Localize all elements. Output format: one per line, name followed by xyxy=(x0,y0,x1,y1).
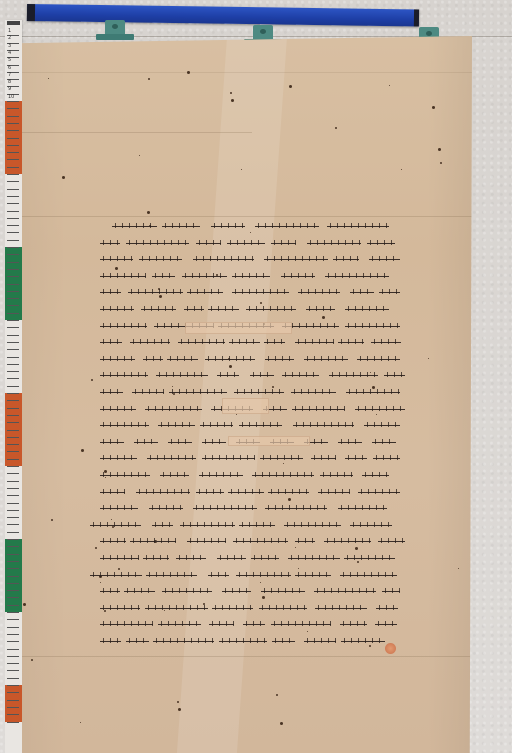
tape-tick xyxy=(7,386,19,387)
tape-tick xyxy=(7,349,19,350)
manuscript-line xyxy=(100,587,400,596)
paper-header-ruled-line xyxy=(22,72,472,73)
tape-tick xyxy=(7,685,19,686)
tape-end-cap xyxy=(7,21,20,25)
manuscript-line xyxy=(100,488,405,497)
tape-tick xyxy=(7,481,19,482)
paper-speck xyxy=(401,169,402,170)
tape-tick xyxy=(7,320,19,321)
tape-tick xyxy=(7,240,19,241)
tape-tick xyxy=(7,152,19,153)
paper-speck xyxy=(355,547,358,550)
paper-speck xyxy=(260,582,261,583)
tape-tick xyxy=(7,670,19,671)
tape-tick xyxy=(7,451,19,452)
manuscript-line xyxy=(100,371,405,380)
tape-tick xyxy=(7,561,19,562)
paper-speck xyxy=(335,127,337,129)
manuscript-line xyxy=(100,604,400,613)
tape-tick xyxy=(7,174,19,175)
tape-tick xyxy=(7,495,19,496)
paper-speck xyxy=(295,547,296,548)
tape-tick xyxy=(7,678,19,679)
manuscript-line xyxy=(100,471,400,480)
tape-tick xyxy=(7,473,19,474)
manuscript-line xyxy=(100,537,405,546)
left-measuring-tape: 12345678910 xyxy=(5,20,22,753)
paper-speck xyxy=(81,449,84,452)
tape-tick xyxy=(7,123,19,124)
paper-speck xyxy=(458,568,459,569)
paper-speck xyxy=(148,78,150,80)
tape-tick xyxy=(7,503,19,504)
tape-tick xyxy=(7,269,19,270)
tape-tick xyxy=(7,649,19,650)
tape-number: 9 xyxy=(8,87,11,92)
paper-speck xyxy=(432,106,435,109)
tape-tick xyxy=(7,437,19,438)
tape-tick xyxy=(7,459,19,460)
paper-speck xyxy=(178,708,181,711)
tape-tick xyxy=(7,284,19,285)
tape-tick xyxy=(7,546,19,547)
manuscript-line xyxy=(90,571,402,580)
paper-speck xyxy=(91,379,93,381)
tape-number: 10 xyxy=(8,95,14,100)
tape-tick xyxy=(7,700,19,701)
tape-tick xyxy=(7,554,19,555)
manuscript-line xyxy=(100,255,400,264)
paper-speck xyxy=(51,519,53,521)
manuscript-line xyxy=(112,222,397,231)
tape-tick xyxy=(7,276,19,277)
tape-tick xyxy=(7,692,19,693)
tape-tick xyxy=(7,393,19,394)
tape-tick xyxy=(7,138,19,139)
tape-tick xyxy=(7,605,19,606)
tape-tick xyxy=(7,211,19,212)
tape-tick xyxy=(7,532,19,533)
paper-speck xyxy=(298,568,299,569)
tape-tick xyxy=(7,517,19,518)
paper-speck xyxy=(139,155,140,156)
paper-speck xyxy=(31,659,33,661)
tape-tick xyxy=(7,247,19,248)
tape-tick xyxy=(7,627,19,628)
tape-tick xyxy=(7,371,19,372)
paper-speck xyxy=(187,71,190,74)
paper-speck xyxy=(48,78,49,79)
paper-speck xyxy=(438,148,441,151)
tape-tick xyxy=(7,488,19,489)
correction-patch xyxy=(185,322,292,334)
tape-tick xyxy=(7,108,19,109)
tape-tick xyxy=(7,590,19,591)
tape-tick xyxy=(7,415,19,416)
tape-tick xyxy=(7,422,19,423)
tape-tick xyxy=(7,232,19,233)
tape-tick xyxy=(7,619,19,620)
tape-tick xyxy=(7,510,19,511)
correction-patch xyxy=(228,436,310,446)
paper-speck xyxy=(250,232,251,233)
tape-tick xyxy=(7,714,19,715)
paper-speck xyxy=(289,85,292,88)
paper-speck xyxy=(440,162,442,164)
paper-speck xyxy=(80,722,81,723)
paper-speck xyxy=(177,701,179,703)
tape-tick xyxy=(7,378,19,379)
tape-number: 1 xyxy=(8,29,11,34)
tape-tick xyxy=(7,634,19,635)
tape-tick xyxy=(7,663,19,664)
tape-tick xyxy=(7,335,19,336)
paper-speck xyxy=(230,92,232,94)
tape-tick xyxy=(7,167,19,168)
paper-speck xyxy=(276,694,278,696)
manuscript-line xyxy=(100,554,400,563)
tape-tick xyxy=(7,262,19,263)
paper-speck xyxy=(260,302,262,304)
tape-number: 7 xyxy=(8,73,11,78)
paper-speck xyxy=(280,722,283,725)
manuscript-line xyxy=(100,620,400,629)
tape-tick xyxy=(7,254,19,255)
tape-number: 4 xyxy=(8,51,11,56)
tape-tick xyxy=(7,189,19,190)
correction-patch xyxy=(222,398,269,414)
paper-crease xyxy=(22,656,472,657)
paper-speck xyxy=(100,582,101,583)
tape-number: 5 xyxy=(8,58,11,63)
paper-speck xyxy=(262,596,265,599)
paper-speck xyxy=(307,631,308,632)
paper-speck xyxy=(115,267,118,270)
paper-speck xyxy=(231,99,234,102)
tape-tick xyxy=(7,524,19,525)
paper-crease xyxy=(22,132,252,133)
paper-speck xyxy=(95,547,97,549)
paper-speck xyxy=(389,85,390,86)
manuscript-line xyxy=(100,355,400,364)
tape-tick xyxy=(7,722,19,723)
tape-tick xyxy=(7,181,19,182)
tape-tick xyxy=(7,327,19,328)
tape-tick xyxy=(7,430,19,431)
tape-tick xyxy=(7,612,19,613)
tape-tick xyxy=(7,444,19,445)
manuscript-line xyxy=(100,637,385,646)
tape-tick xyxy=(7,203,19,204)
tape-tick xyxy=(7,145,19,146)
manuscript-line xyxy=(100,239,405,248)
manuscript-line xyxy=(100,272,405,281)
tape-tick xyxy=(7,225,19,226)
tape-tick xyxy=(7,400,19,401)
paper-speck xyxy=(236,414,237,415)
red-seal xyxy=(385,643,396,654)
manuscript-line xyxy=(100,454,400,463)
tape-tick xyxy=(7,568,19,569)
tape-tick xyxy=(7,313,19,314)
paper-crease xyxy=(22,216,472,217)
manuscript-line xyxy=(100,388,400,397)
tape-tick xyxy=(7,342,19,343)
paper-speck xyxy=(376,414,377,415)
manuscript-line xyxy=(90,521,402,530)
tape-tick xyxy=(7,357,19,358)
tape-number: 2 xyxy=(8,36,11,41)
tape-tick xyxy=(7,641,19,642)
paper-speck xyxy=(322,316,325,319)
tape-tick xyxy=(7,196,19,197)
tape-tick xyxy=(7,101,19,102)
manuscript-line xyxy=(100,338,405,347)
paper-speck xyxy=(23,603,26,606)
paper-speck xyxy=(428,358,429,359)
tape-tick xyxy=(7,707,19,708)
tape-tick xyxy=(7,656,19,657)
tape-number: 6 xyxy=(8,66,11,71)
tape-tick xyxy=(7,130,19,131)
tape-number: 8 xyxy=(8,80,11,85)
manuscript-line xyxy=(100,288,400,297)
tape-tick xyxy=(7,218,19,219)
tape-tick xyxy=(7,583,19,584)
tape-tick xyxy=(7,597,19,598)
tape-tick xyxy=(7,576,19,577)
paper-speck xyxy=(241,169,242,170)
manuscript-line xyxy=(100,305,405,314)
tape-segment xyxy=(5,685,22,722)
tape-tick xyxy=(7,408,19,409)
paper-speck xyxy=(229,365,232,368)
binder-clip-left xyxy=(96,20,134,40)
tape-tick xyxy=(7,466,19,467)
tape-tick xyxy=(7,305,19,306)
manuscript-line xyxy=(100,504,400,513)
tape-number: 3 xyxy=(8,44,11,49)
paper-speck xyxy=(288,498,291,501)
tape-tick xyxy=(7,364,19,365)
manuscript-line xyxy=(100,421,400,430)
paper-speck xyxy=(147,211,150,214)
tape-tick xyxy=(7,291,19,292)
tape-tick xyxy=(7,159,19,160)
paper-speck xyxy=(62,176,65,179)
tape-tick xyxy=(7,298,19,299)
tape-tick xyxy=(7,116,19,117)
paper-speck xyxy=(172,386,173,387)
tape-tick xyxy=(7,539,19,540)
